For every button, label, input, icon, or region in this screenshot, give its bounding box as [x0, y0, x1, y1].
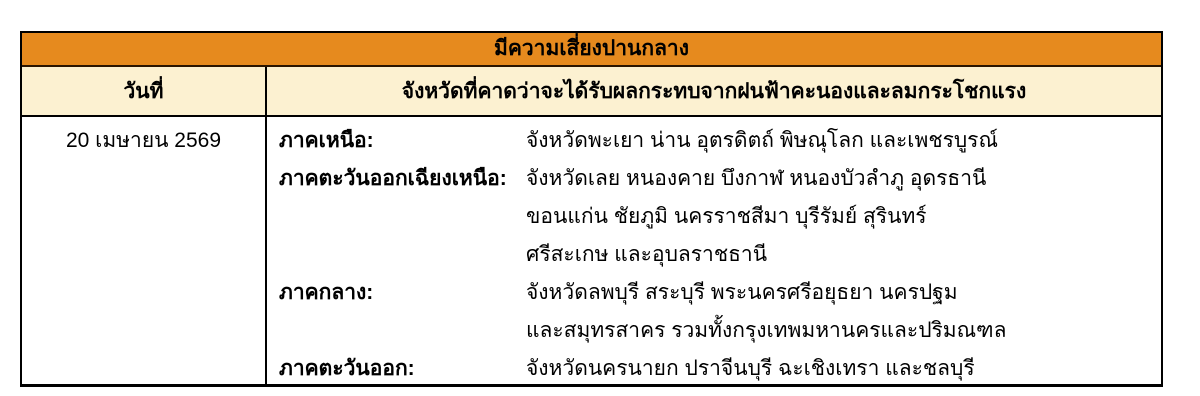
province-list-central-line2: และสมุทรสาคร รวมทั้งกรุงเทพมหานครและปริม… — [526, 314, 1161, 347]
province-list-northeast-line1: จังหวัดเลย หนองคาย บึงกาฬ หนองบัวลำภู อุ… — [526, 162, 1161, 195]
risk-table: มีความเสี่ยงปานกลาง วันที่ จังหวัดที่คาด… — [20, 31, 1163, 387]
table-body-row: 20 เมษายน 2569 ภาคเหนือ: จังหวัดพะเยา น่… — [22, 117, 1161, 384]
risk-level-banner: มีความเสี่ยงปานกลาง — [22, 33, 1161, 67]
region-label-northeast: ภาคตะวันออกเฉียงเหนือ: — [279, 162, 526, 195]
region-label-east: ภาคตะวันออก: — [279, 352, 526, 385]
date-cell: 20 เมษายน 2569 — [22, 117, 267, 384]
date-value: 20 เมษายน 2569 — [22, 121, 265, 159]
table-header-row: วันที่ จังหวัดที่คาดว่าจะได้รับผลกระทบจา… — [22, 67, 1161, 117]
region-row-central: ภาคกลาง: จังหวัดลพบุรี สระบุรี พระนครศรี… — [279, 273, 1161, 311]
region-label-central: ภาคกลาง: — [279, 276, 526, 309]
page: มีความเสี่ยงปานกลาง วันที่ จังหวัดที่คาด… — [0, 0, 1200, 396]
impact-column-header: จังหวัดที่คาดว่าจะได้รับผลกระทบจากฝนฟ้าค… — [402, 75, 1026, 108]
risk-level-title: มีความเสี่ยงปานกลาง — [494, 34, 689, 64]
region-row-central-cont: และสมุทรสาคร รวมทั้งกรุงเทพมหานครและปริม… — [279, 311, 1161, 349]
province-list-northeast-line2: ขอนแก่น ชัยภูมิ นครราชสีมา บุรีรัมย์ สุร… — [526, 200, 1161, 233]
date-column-header-cell: วันที่ — [22, 67, 267, 115]
province-list-central-line1: จังหวัดลพบุรี สระบุรี พระนครศรีอยุธยา นค… — [526, 276, 1161, 309]
province-list-east: จังหวัดนครนายก ปราจีนบุรี ฉะเชิงเทรา และ… — [526, 352, 1161, 385]
date-column-header: วันที่ — [124, 75, 164, 108]
region-label-north: ภาคเหนือ: — [279, 124, 526, 157]
region-row-northeast-cont: ขอนแก่น ชัยภูมิ นครราชสีมา บุรีรัมย์ สุร… — [279, 197, 1161, 235]
region-row-northeast: ภาคตะวันออกเฉียงเหนือ: จังหวัดเลย หนองคา… — [279, 159, 1161, 197]
impact-column-header-cell: จังหวัดที่คาดว่าจะได้รับผลกระทบจากฝนฟ้าค… — [267, 67, 1161, 115]
impact-cell: ภาคเหนือ: จังหวัดพะเยา น่าน อุตรดิตถ์ พิ… — [267, 117, 1161, 384]
region-row-north: ภาคเหนือ: จังหวัดพะเยา น่าน อุตรดิตถ์ พิ… — [279, 121, 1161, 159]
region-row-northeast-cont: ศรีสะเกษ และอุบลราชธานี — [279, 235, 1161, 273]
region-row-east: ภาคตะวันออก: จังหวัดนครนายก ปราจีนบุรี ฉ… — [279, 349, 1161, 384]
province-list-northeast-line3: ศรีสะเกษ และอุบลราชธานี — [526, 238, 1161, 271]
province-list-north: จังหวัดพะเยา น่าน อุตรดิตถ์ พิษณุโลก และ… — [526, 124, 1161, 157]
